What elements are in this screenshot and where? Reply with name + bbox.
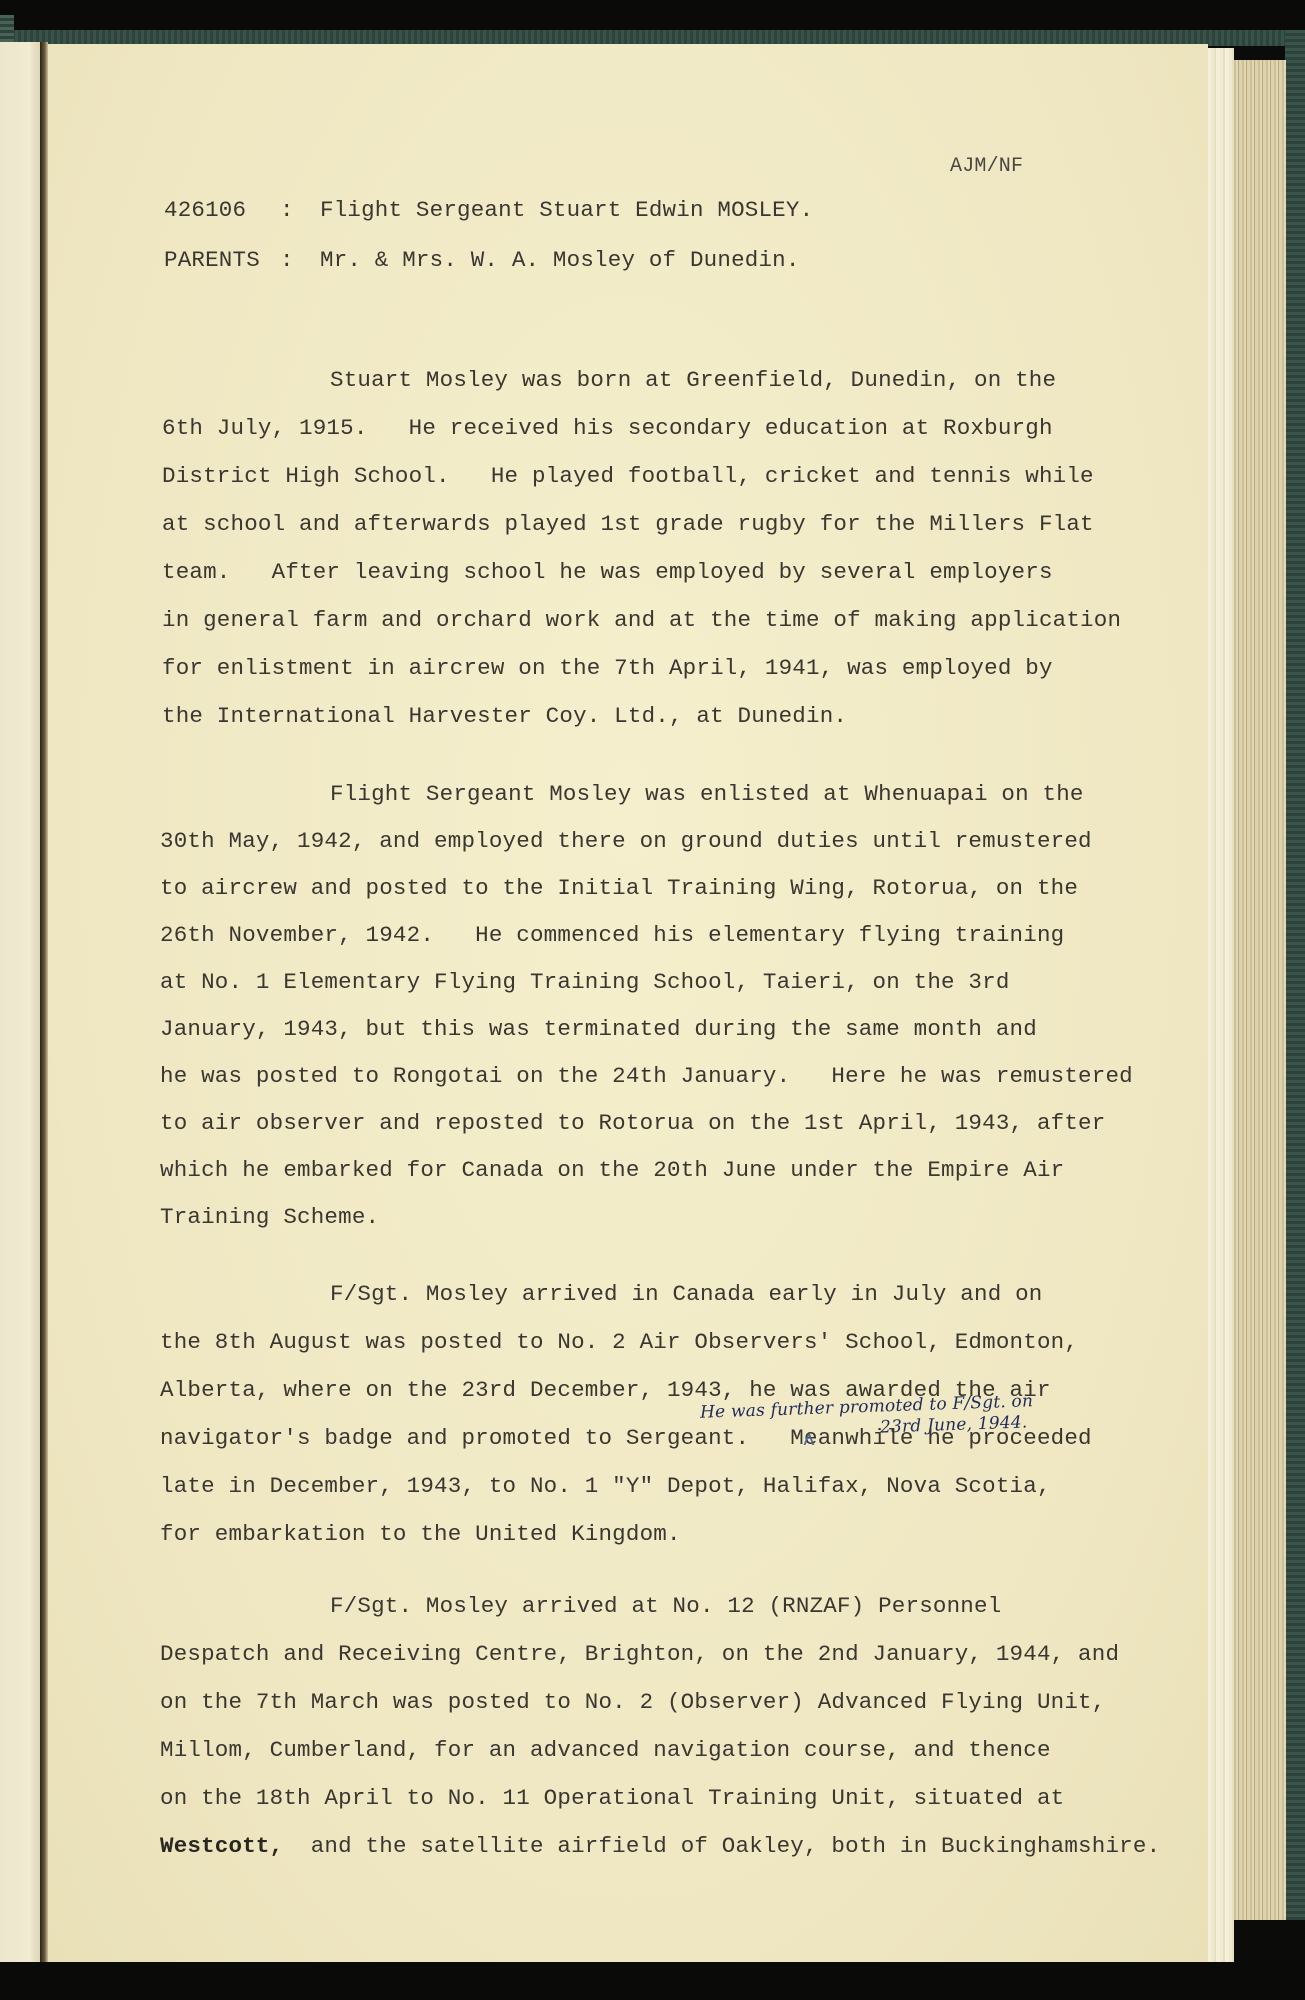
text-line: Flight Sergeant Mosley was enlisted at W…	[330, 780, 1084, 808]
text-line: which he embarked for Canada on the 20th…	[160, 1156, 1064, 1184]
text-line: for enlistment in aircrew on the 7th Apr…	[162, 654, 1053, 682]
text-line: on the 18th April to No. 11 Operational …	[160, 1784, 1064, 1812]
text-line: navigator's badge and promoted to Sergea…	[160, 1424, 1092, 1452]
text-line: District High School. He played football…	[162, 462, 1094, 490]
text-line: Despatch and Receiving Centre, Brighton,…	[160, 1640, 1119, 1668]
text-line: to aircrew and posted to the Initial Tra…	[160, 874, 1078, 902]
text-line: 6th July, 1915. He received his secondar…	[162, 414, 1053, 442]
airman-name: Flight Sergeant Stuart Edwin MOSLEY.	[320, 196, 813, 224]
text-line: Stuart Mosley was born at Greenfield, Du…	[330, 366, 1056, 394]
text-line: F/Sgt. Mosley arrived at No. 12 (RNZAF) …	[330, 1592, 1001, 1620]
text-line-rest: and the satellite airfield of Oakley, bo…	[283, 1833, 1160, 1859]
text-line: for embarkation to the United Kingdom.	[160, 1520, 681, 1548]
text-line: he was posted to Rongotai on the 24th Ja…	[160, 1062, 1133, 1090]
text-line: in general farm and orchard work and at …	[162, 606, 1121, 634]
text-line: 30th May, 1942, and employed there on gr…	[160, 827, 1092, 855]
reference-code: AJM/NF	[950, 153, 1023, 181]
text-line: at school and afterwards played 1st grad…	[162, 510, 1094, 538]
header-separator: :	[280, 246, 294, 274]
text-line: Millom, Cumberland, for an advanced navi…	[160, 1736, 1051, 1764]
text-line: at No. 1 Elementary Flying Training Scho…	[160, 968, 1010, 996]
text-line: Westcott, and the satellite airfield of …	[160, 1832, 1160, 1860]
text-line: 26th November, 1942. He commenced his el…	[160, 921, 1064, 949]
book-cover-cloth-right	[1285, 30, 1305, 1920]
text-line: the International Harvester Coy. Ltd., a…	[162, 702, 847, 730]
text-line: F/Sgt. Mosley arrived in Canada early in…	[330, 1280, 1043, 1308]
scan-background-bottom	[0, 1962, 1305, 2000]
text-line: on the 7th March was posted to No. 2 (Ob…	[160, 1688, 1105, 1716]
text-line: team. After leaving school he was employ…	[162, 558, 1053, 586]
text-line: to air observer and reposted to Rotorua …	[160, 1109, 1105, 1137]
text-line: January, 1943, but this was terminated d…	[160, 1015, 1037, 1043]
text-line: Training Scheme.	[160, 1203, 379, 1231]
facing-page-edge	[0, 42, 42, 1962]
page-stack-edges	[1234, 60, 1286, 1920]
service-number: 426106	[164, 196, 246, 224]
parents-names: Mr. & Mrs. W. A. Mosley of Dunedin.	[320, 246, 800, 274]
book-cover-cloth-left	[0, 15, 14, 45]
text-line: the 8th August was posted to No. 2 Air O…	[160, 1328, 1078, 1356]
header-separator: :	[280, 196, 294, 224]
book-gutter	[40, 42, 48, 1964]
place-name-westcott: Westcott,	[160, 1833, 283, 1859]
parents-label: PARENTS	[164, 246, 260, 274]
insertion-caret-icon: ʌ	[803, 1426, 815, 1450]
document-page	[48, 44, 1208, 1966]
text-line: late in December, 1943, to No. 1 "Y" Dep…	[160, 1472, 1051, 1500]
